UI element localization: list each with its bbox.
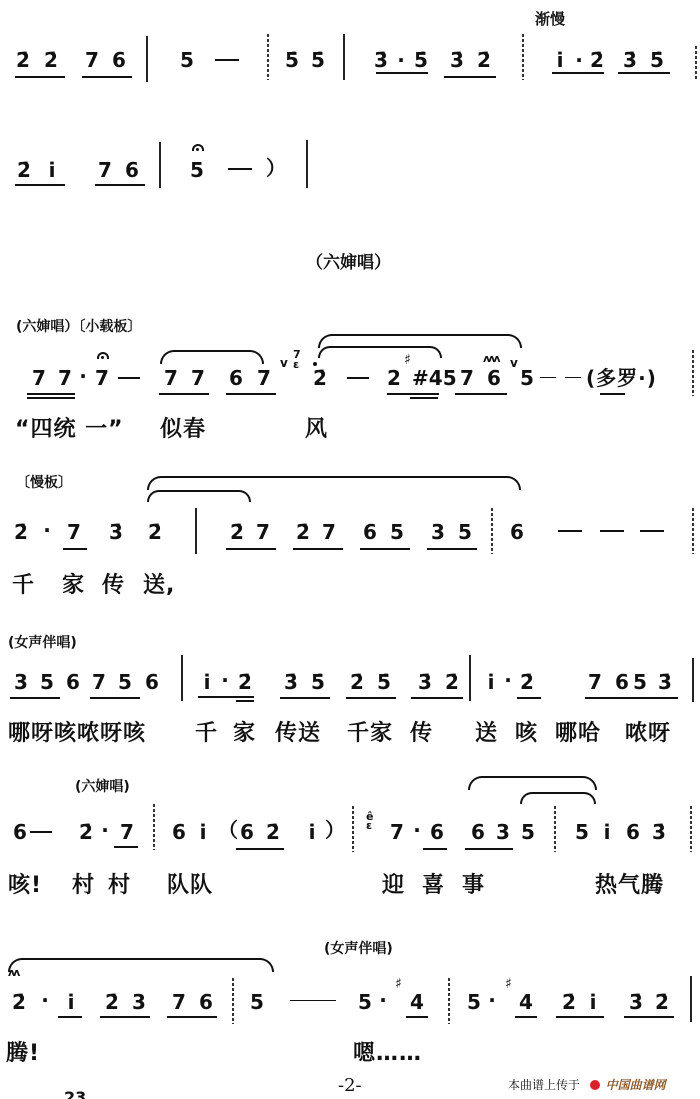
note: 4	[410, 992, 424, 1012]
barline	[692, 658, 694, 702]
lyric: 事	[462, 874, 485, 898]
note: 3̇	[418, 672, 432, 692]
underline	[90, 697, 140, 699]
slur	[8, 958, 274, 972]
note: 7	[257, 368, 271, 388]
note: 2̇	[44, 50, 58, 70]
lyric: 腾!	[6, 1042, 40, 1066]
note: 5	[40, 672, 54, 692]
underline	[455, 393, 507, 395]
barline	[153, 804, 155, 850]
note: 5	[180, 50, 194, 70]
note: 5̇	[311, 672, 325, 692]
barline	[306, 140, 308, 188]
barline	[554, 806, 556, 852]
dot-note: ·	[98, 820, 112, 840]
lyric: 千	[12, 574, 35, 598]
lyric: 村	[72, 874, 95, 898]
note: i̇	[553, 50, 567, 70]
note: 3̇	[652, 822, 666, 842]
row-label: (女声伴唱)	[324, 938, 393, 958]
underline	[427, 548, 477, 550]
underline	[618, 72, 670, 74]
underline	[82, 76, 132, 78]
note: 6	[125, 160, 139, 180]
note: 2̇	[79, 822, 93, 842]
note: 6	[430, 822, 444, 842]
lyric: 送,	[143, 574, 175, 598]
barline	[181, 655, 183, 701]
note: 7	[95, 368, 109, 388]
note: 7	[172, 992, 186, 1012]
dash	[228, 168, 252, 170]
note: 2̇	[266, 822, 280, 842]
barline	[695, 46, 697, 80]
breath-mark-icon: v	[280, 356, 288, 370]
note: 7	[58, 368, 72, 388]
underline	[624, 1016, 674, 1018]
dot-note: ·	[410, 820, 424, 840]
underline	[236, 700, 254, 702]
dot-note: ·	[572, 50, 586, 70]
lyric: 队队	[167, 874, 213, 898]
dash	[600, 530, 624, 532]
row-label: (六婶唱）〔小载板〕	[16, 316, 141, 336]
lyric: 传	[410, 722, 433, 746]
underline	[387, 393, 439, 395]
row-label: (女声伴唱)	[8, 632, 77, 652]
note: 2̇	[562, 992, 576, 1012]
barline	[491, 508, 493, 554]
underline	[630, 697, 678, 699]
lyric: 咳!	[8, 874, 42, 898]
note: 5̇	[285, 50, 299, 70]
note: 5	[390, 522, 404, 542]
slur	[160, 350, 264, 364]
underline	[198, 696, 254, 698]
dash	[565, 377, 581, 378]
brand-name: 中国曲谱网	[606, 1078, 666, 1092]
underline	[406, 1016, 428, 1018]
underline	[517, 697, 541, 699]
dot-note: ·	[218, 670, 232, 690]
barline	[267, 34, 269, 80]
note: 5	[358, 992, 372, 1012]
note: 3̇	[109, 522, 123, 542]
underline	[360, 548, 410, 550]
note: 6	[145, 672, 159, 692]
barline	[159, 142, 161, 188]
note: i̇	[586, 992, 600, 1012]
underline	[600, 393, 625, 395]
note: 5	[458, 522, 472, 542]
underline	[423, 848, 447, 850]
dash	[215, 59, 239, 61]
underline	[236, 848, 284, 850]
barline	[469, 655, 471, 701]
note: 7	[98, 160, 112, 180]
close-paren: ）	[325, 820, 339, 840]
lyric: 咳	[515, 722, 538, 746]
note: 5̇	[311, 50, 325, 70]
note: 3	[496, 822, 510, 842]
section-title: （六婶唱）	[306, 248, 391, 273]
underline	[585, 697, 635, 699]
note: 7	[256, 522, 270, 542]
note: 6	[66, 672, 80, 692]
note: 3̇	[623, 50, 637, 70]
barline	[146, 36, 148, 82]
fermata-icon	[192, 144, 204, 151]
row-label: 〔慢板〕	[16, 472, 72, 492]
slur	[468, 776, 597, 790]
note: 5	[521, 822, 535, 842]
note: 2̇	[520, 672, 534, 692]
note: 5̇	[414, 50, 428, 70]
note: 5	[118, 672, 132, 692]
note: 7	[85, 50, 99, 70]
tempo-mark: 渐慢	[535, 8, 565, 29]
trill-icon: ᴧᴧᴧ	[483, 352, 499, 365]
underline	[346, 697, 396, 699]
slur	[147, 476, 521, 490]
dot-note: ·	[394, 50, 408, 70]
underline	[552, 72, 604, 74]
note: 2̇	[296, 522, 310, 542]
barline	[343, 34, 345, 80]
note: 5	[575, 822, 589, 842]
dot-note: ·	[376, 990, 390, 1010]
note: 6	[240, 822, 254, 842]
barline	[195, 508, 197, 554]
note: i̇	[196, 822, 210, 842]
note: 5	[250, 992, 264, 1012]
barline	[690, 806, 692, 852]
note: 6	[510, 522, 524, 542]
note: i̇	[484, 672, 498, 692]
note: 7	[67, 522, 81, 542]
note: 7	[322, 522, 336, 542]
note: 5	[190, 160, 204, 180]
underline	[95, 184, 145, 186]
note: i̇	[600, 822, 614, 842]
note: 6	[626, 822, 640, 842]
note: 7	[191, 368, 205, 388]
barline	[448, 978, 450, 1024]
underline	[410, 397, 438, 399]
dash	[540, 377, 556, 378]
note: #45	[412, 368, 438, 388]
note: 7	[92, 672, 106, 692]
lyric: 送	[475, 722, 498, 746]
barline	[692, 508, 694, 554]
lyric: 嗯……	[353, 1042, 422, 1066]
note: 2̇	[17, 160, 31, 180]
underline	[444, 76, 496, 78]
note: 2̇	[12, 992, 26, 1012]
watermark-note: 本曲谱上传于	[508, 1078, 580, 1092]
underline	[159, 393, 209, 395]
dash	[347, 377, 369, 379]
dash	[558, 530, 582, 532]
note: 3̇	[374, 50, 388, 70]
lyric: 传送	[275, 722, 321, 746]
row-label: (六婶唱)	[75, 776, 130, 796]
note: 6	[112, 50, 126, 70]
note: 7	[390, 822, 404, 842]
underline	[226, 548, 276, 550]
fermata-icon	[97, 352, 109, 359]
underline	[226, 393, 276, 395]
note: 5̇	[377, 672, 391, 692]
note: 7	[32, 368, 46, 388]
note: 6	[615, 672, 629, 692]
underline	[15, 184, 65, 186]
note: 3	[431, 522, 445, 542]
note: 7	[164, 368, 178, 388]
lyric: 千家	[347, 722, 393, 746]
lyric: 哝呀	[625, 722, 671, 746]
note: i̇	[45, 160, 59, 180]
barline	[692, 350, 694, 396]
note: 4	[519, 992, 533, 1012]
percussion-text: (多罗·)	[586, 366, 657, 390]
note: 6	[229, 368, 243, 388]
brand-logo-icon	[590, 1080, 600, 1090]
note: 2̇	[230, 522, 244, 542]
page-number: -2-	[338, 1075, 362, 1096]
lyric: 哪哈	[555, 722, 601, 746]
underline	[10, 697, 60, 699]
note: 6	[471, 822, 485, 842]
dot-note: ·	[38, 990, 52, 1010]
dot-note: ·	[501, 670, 515, 690]
grace-note-icon: êɛ	[366, 812, 373, 830]
partial-text: 23	[64, 1090, 86, 1099]
note: 6	[487, 368, 501, 388]
dash	[290, 1000, 336, 1001]
note: 2̇	[16, 50, 30, 70]
lyric: 风	[305, 418, 328, 442]
barline	[690, 976, 692, 1022]
underline	[63, 548, 87, 550]
lyric: 喜	[422, 874, 445, 898]
note: 6	[363, 522, 377, 542]
lyric: 家	[62, 574, 85, 598]
slur	[520, 792, 596, 804]
open-paren: （	[218, 820, 232, 840]
note: 2̇	[350, 672, 364, 692]
underline	[100, 1016, 150, 1018]
lyric: 传	[102, 574, 125, 598]
underline	[376, 72, 428, 74]
grace-note-icon: 7ɛ	[293, 350, 301, 370]
underline	[114, 846, 138, 848]
underline	[27, 393, 75, 395]
note: 2̇	[445, 672, 459, 692]
underline	[280, 697, 330, 699]
note: 2̇	[313, 368, 327, 388]
note: 3̇	[450, 50, 464, 70]
note: i̇	[200, 672, 214, 692]
note: i̇	[305, 822, 319, 842]
note: 5	[467, 992, 481, 1012]
lyric: 迎	[382, 874, 405, 898]
slur	[318, 346, 442, 358]
barline	[522, 34, 524, 80]
dash	[30, 831, 52, 833]
note: 2̇	[655, 992, 669, 1012]
lyric: 家	[233, 722, 256, 746]
lyric: “四统 一”	[15, 418, 124, 442]
barline	[232, 978, 234, 1024]
dot-note: ·	[40, 520, 54, 540]
note: 6	[13, 822, 27, 842]
note: 2̇	[590, 50, 604, 70]
underline	[465, 848, 513, 850]
note: 6	[172, 822, 186, 842]
underline	[15, 76, 65, 78]
lyric: 哪呀咳哝呀咳	[8, 722, 146, 746]
underline	[58, 1016, 82, 1018]
note: 3	[132, 992, 146, 1012]
note: 2̇	[105, 992, 119, 1012]
note: 5	[520, 368, 534, 388]
lyric: 村	[108, 874, 131, 898]
note: i̇	[64, 992, 78, 1012]
dash	[118, 377, 140, 379]
note: 2̇	[238, 672, 252, 692]
note: 7	[588, 672, 602, 692]
note: 3̇	[284, 672, 298, 692]
note: 6	[199, 992, 213, 1012]
close-paren: ）	[266, 158, 280, 178]
note: 3̇	[658, 672, 672, 692]
breath-mark-icon: v	[510, 356, 518, 370]
note: 5	[633, 672, 647, 692]
note: 2	[387, 368, 401, 388]
note: 5̇	[650, 50, 664, 70]
note: 7	[460, 368, 474, 388]
note: 3̇	[629, 992, 643, 1012]
watermark: 本曲谱上传于 中国曲谱网	[508, 1076, 666, 1093]
dot-note: ·	[76, 366, 90, 386]
underline	[27, 397, 75, 399]
sharp-icon: ♯	[404, 352, 411, 368]
note: 7	[120, 822, 134, 842]
lyric: 似春	[160, 418, 206, 442]
note: 3	[14, 672, 28, 692]
underline	[515, 1016, 537, 1018]
underline	[556, 1016, 604, 1018]
lyric: 热气腾	[595, 874, 664, 898]
lyric: 千	[195, 722, 218, 746]
dash	[640, 530, 664, 532]
dot-note: ·	[485, 990, 499, 1010]
slur	[147, 490, 251, 502]
barline	[352, 806, 354, 852]
trill-icon: ᴧᴧ	[8, 966, 18, 979]
sharp-icon: ♯	[395, 976, 402, 992]
underline	[167, 1016, 217, 1018]
note: 2̇	[148, 522, 162, 542]
underline	[293, 548, 343, 550]
note: 2̇	[14, 522, 28, 542]
sharp-icon: ♯	[505, 976, 512, 992]
note: 2̇	[477, 50, 491, 70]
underline	[411, 697, 463, 699]
